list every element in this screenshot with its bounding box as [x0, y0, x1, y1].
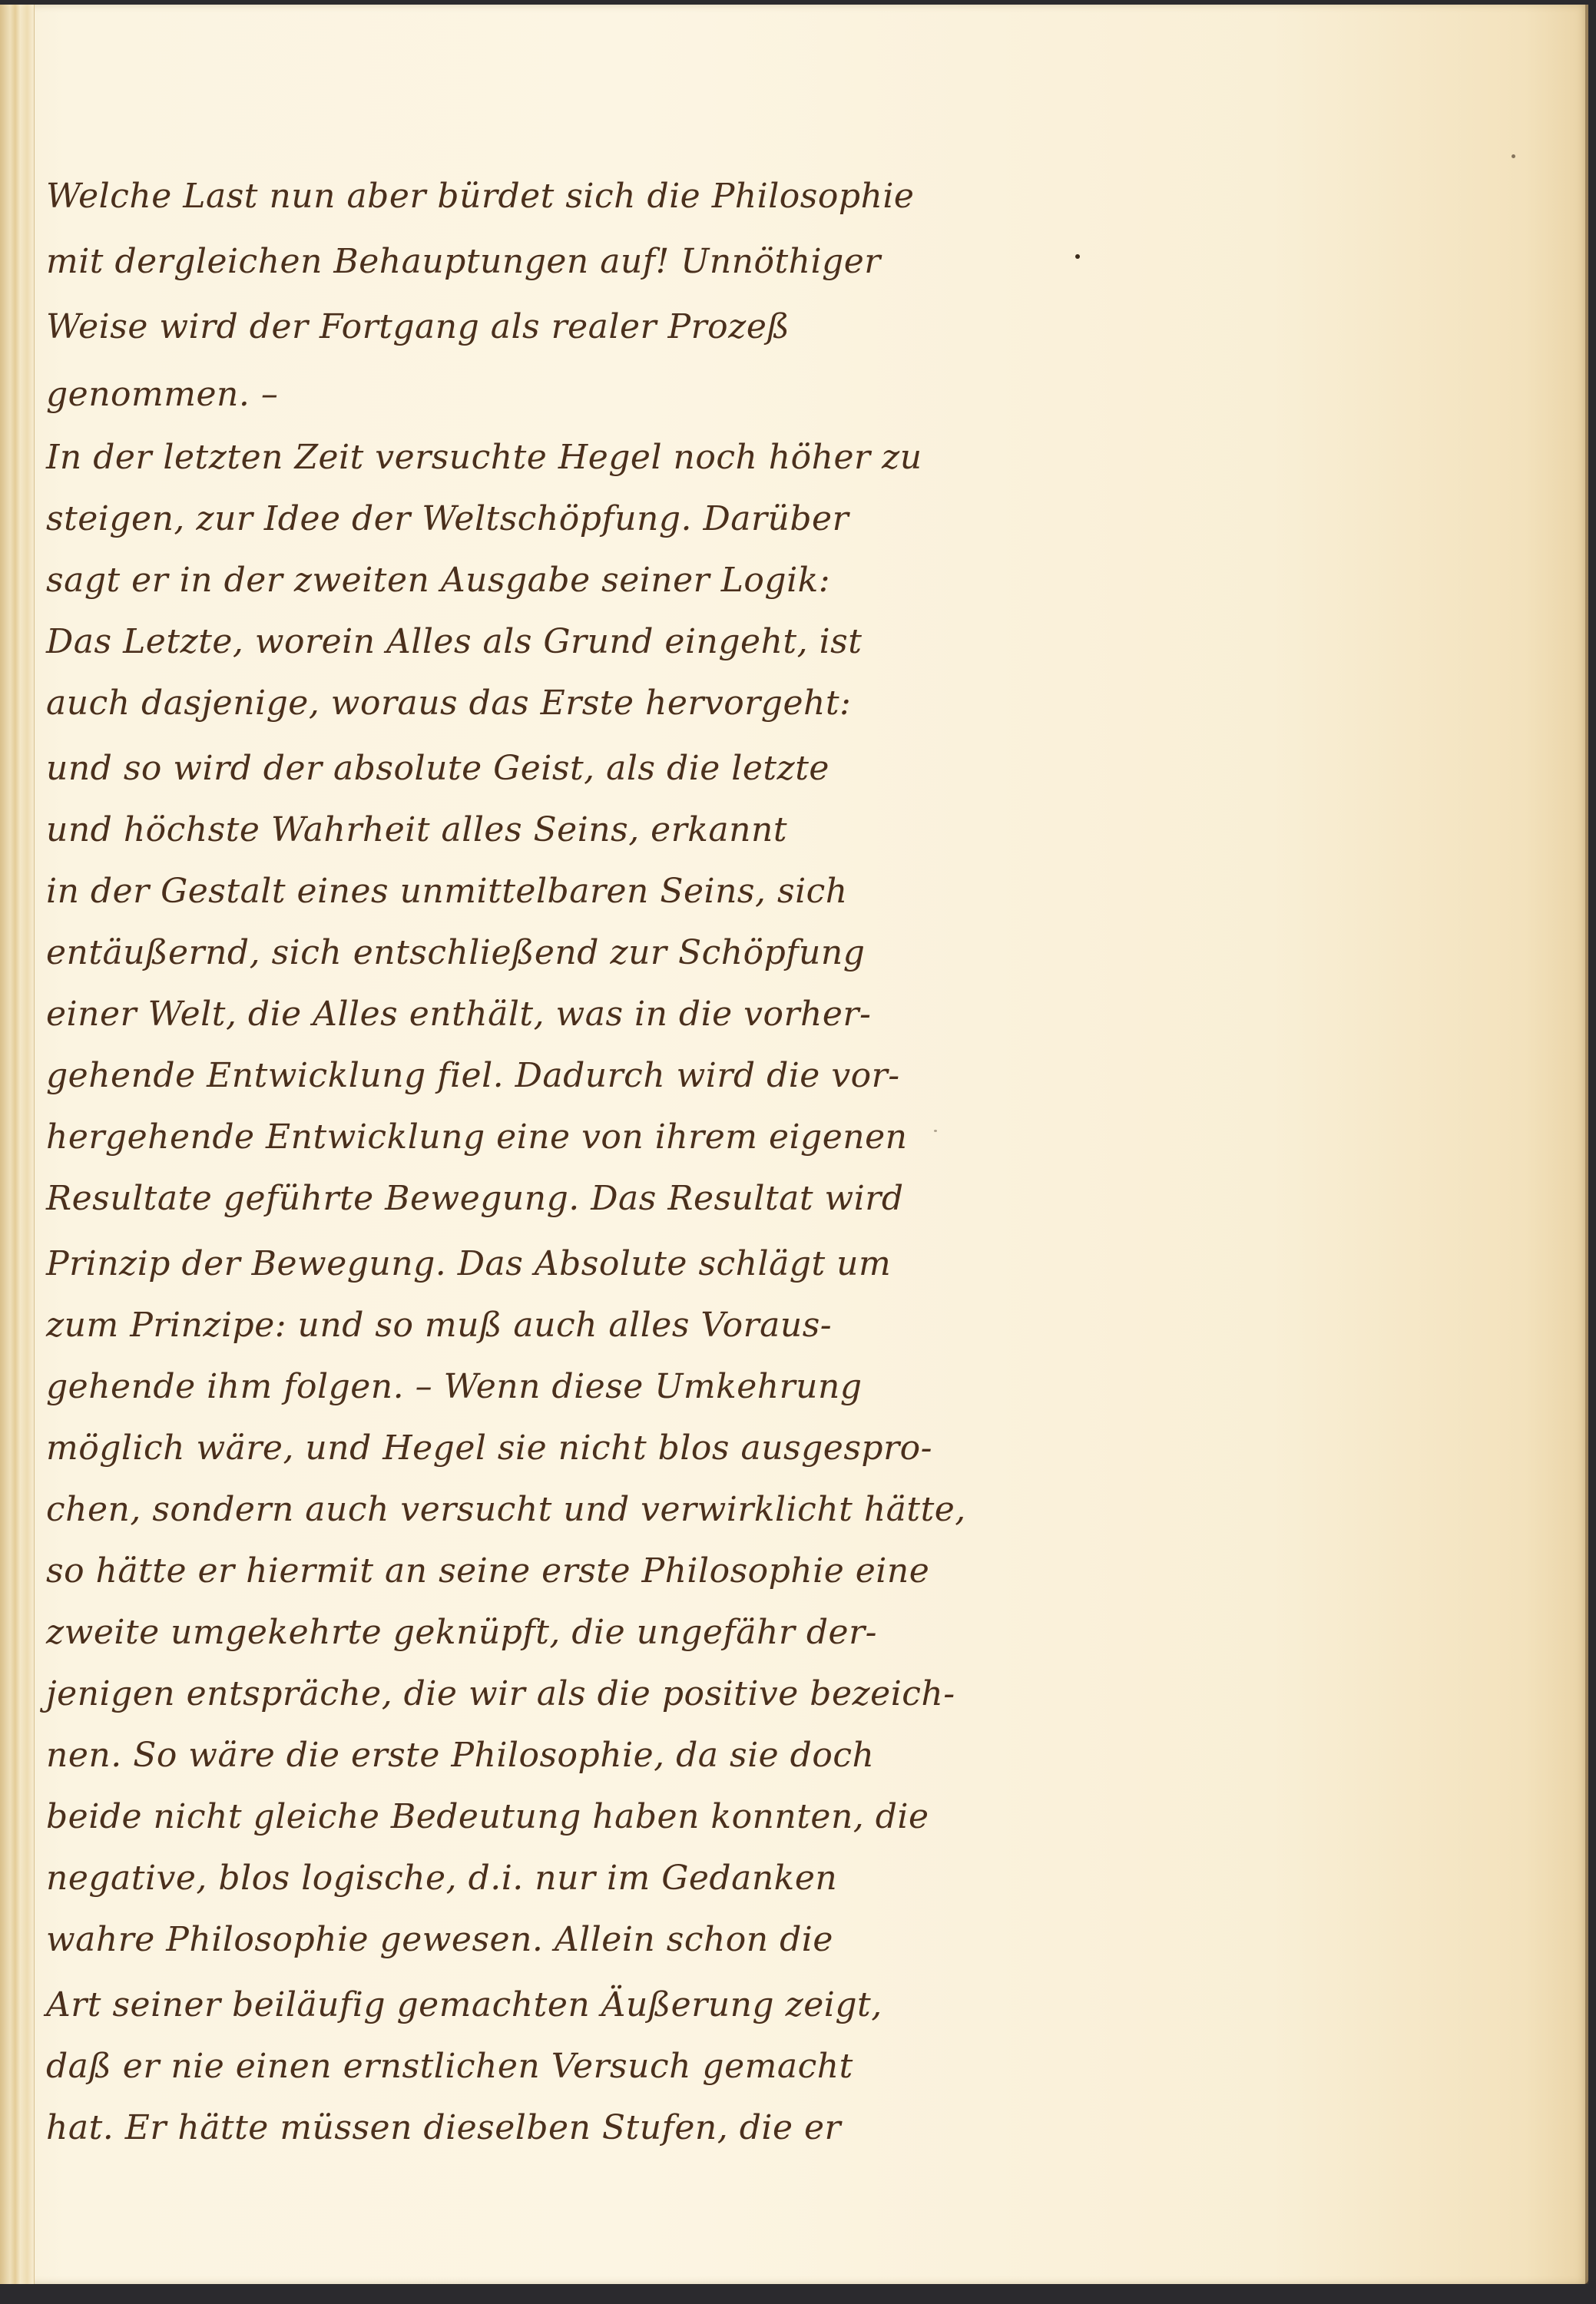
text-line: so hätte er hiermit an seine erste Philo… [46, 1537, 929, 1606]
text-line: steigen, zur Idee der Weltschöpfung. Dar… [46, 485, 849, 554]
text-line: gehende Entwicklung fiel. Dadurch wird d… [46, 1041, 900, 1111]
ink-spot [1075, 254, 1080, 259]
text-line: Welche Last nun aber bürdet sich die Phi… [46, 162, 914, 231]
text-line: nen. So wäre die erste Philosophie, da s… [46, 1721, 874, 1790]
text-line: genommen. – [46, 360, 278, 429]
text-line: daß er nie einen ernstlichen Versuch gem… [46, 2032, 853, 2101]
text-line: entäußernd, sich entschließend zur Schöp… [46, 919, 865, 988]
ink-spot [934, 1130, 937, 1132]
text-line: und höchste Wahrheit alles Seins, erkann… [46, 796, 787, 865]
text-line: sagt er in der zweiten Ausgabe seiner Lo… [46, 546, 830, 615]
text-line: zweite umgekehrte geknüpft, die ungefähr… [46, 1598, 877, 1667]
text-line: Weise wird der Fortgang als realer Proze… [46, 293, 790, 362]
text-line: zum Prinzipe: und so muß auch alles Vora… [46, 1291, 832, 1360]
text-line: gehende ihm folgen. – Wenn diese Umkehru… [46, 1352, 863, 1422]
text-line: Resultate geführte Bewegung. Das Resulta… [46, 1164, 904, 1233]
text-line: chen, sondern auch versucht und verwirkl… [46, 1475, 966, 1544]
text-line: Prinzip der Bewegung. Das Absolute schlä… [46, 1230, 891, 1299]
page-right-edge [1585, 5, 1588, 2284]
text-line: Das Letzte, worein Alles als Grund einge… [46, 607, 862, 677]
text-line: hat. Er hätte müssen dieselben Stufen, d… [46, 2094, 841, 2163]
ink-spot [1512, 154, 1515, 158]
text-line: Art seiner beiläufig gemachten Äußerung … [46, 1971, 882, 2040]
text-line: und so wird der absolute Geist, als die … [46, 734, 829, 803]
text-line: mit dergleichen Behauptungen auf! Unnöth… [46, 227, 881, 296]
text-line: negative, blos logische, d.i. nur im Ged… [46, 1844, 837, 1913]
text-line: hergehende Entwicklung eine von ihrem ei… [46, 1103, 907, 1172]
text-line: auch dasjenige, woraus das Erste hervorg… [46, 669, 851, 738]
text-line: einer Welt, die Alles enthält, was in di… [46, 980, 871, 1049]
page-stack-left-edge [0, 5, 35, 2284]
text-line: in der Gestalt eines unmittelbaren Seins… [46, 857, 848, 926]
text-line: wahre Philosophie gewesen. Allein schon … [46, 1905, 833, 1975]
text-line: jenigen entspräche, die wir als die posi… [46, 1660, 955, 1729]
text-line: beide nicht gleiche Bedeutung haben konn… [46, 1783, 929, 1852]
text-line: In der letzten Zeit versuchte Hegel noch… [46, 423, 922, 492]
text-line: möglich wäre, und Hegel sie nicht blos a… [46, 1414, 932, 1483]
manuscript-page: Welche Last nun aber bürdet sich die Phi… [0, 5, 1588, 2284]
